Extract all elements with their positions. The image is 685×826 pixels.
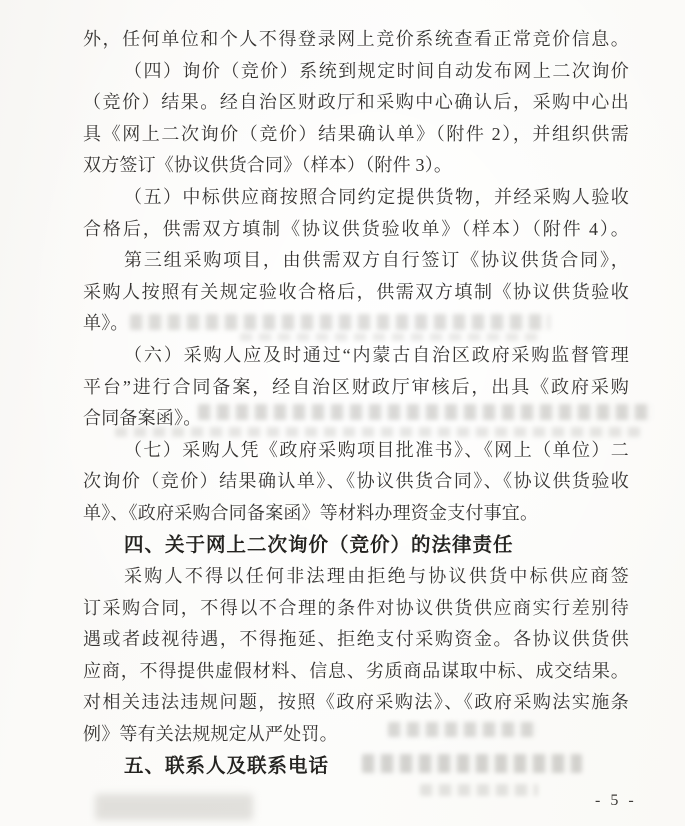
document-text-block: 外，任何单位和个人不得登录网上竞价系统查看正常竞价信息。 （四）询价（竞价）系统…: [83, 24, 629, 782]
body-line: （竞价）结果。经自治区财政厅和采购中心确认后，采购中心出: [83, 87, 629, 119]
body-line: 订采购合同，不得以不合理的条件对协议供货供应商实行差别待: [83, 593, 629, 625]
document-page: 外，任何单位和个人不得登录网上竞价系统查看正常竞价信息。 （四）询价（竞价）系统…: [0, 0, 685, 826]
body-line: 平台”进行合同备案，经自治区财政厅审核后，出具《政府采购: [83, 372, 629, 404]
body-line: 采购人按照有关规定验收合格后，供需双方填制《协议供货验收: [83, 277, 629, 309]
section-heading: 四、关于网上二次询价（竞价）的法律责任: [83, 530, 629, 562]
body-line: 遇或者歧视待遇，不得拖延、拒绝支付采购资金。各协议供货供: [83, 624, 629, 656]
body-line: 对相关违法违规问题，按照《政府采购法》、《政府采购法实施条: [83, 687, 629, 719]
body-line: 具《网上二次询价（竞价）结果确认单》（附件 2），并组织供需: [83, 119, 629, 151]
body-line: 外，任何单位和个人不得登录网上竞价系统查看正常竞价信息。: [83, 24, 629, 56]
body-line: 次询价（竞价）结果确认单》、《协议供货合同》、《协议供货验收: [83, 466, 629, 498]
body-line: 单》、《政府采购合同备案函》等材料办理资金支付事宜。: [83, 498, 629, 530]
show-through-smudge: [95, 794, 253, 820]
body-line: 采购人不得以任何非法理由拒绝与协议供货中标供应商签: [83, 561, 629, 593]
body-line: 应商，不得提供虚假材料、信息、劣质商品谋取中标、成交结果。: [83, 656, 629, 688]
body-line: 合格后，供需双方填制《协议供货验收单》（样本）（附件 4）。: [83, 214, 629, 246]
body-line: （七）采购人凭《政府采购项目批准书》、《网上（单位）二: [83, 435, 629, 467]
body-line: 第三组采购项目，由供需双方自行签订《协议供货合同》，: [83, 245, 629, 277]
section-heading: 五、联系人及联系电话: [83, 751, 629, 783]
page-number: - 5 -: [595, 792, 637, 810]
body-line: 单》。: [83, 308, 629, 340]
body-line: 双方签订《协议供货合同》（样本）（附件 3）。: [83, 150, 629, 182]
body-line: （四）询价（竞价）系统到规定时间自动发布网上二次询价: [83, 56, 629, 88]
body-line: （五）中标供应商按照合同约定提供货物，并经采购人验收: [83, 182, 629, 214]
body-line: 合同备案函》。: [83, 403, 629, 435]
body-line: （六）采购人应及时通过“内蒙古自治区政府采购监督管理: [83, 340, 629, 372]
show-through-smudge: [420, 784, 538, 796]
body-line: 例》等有关法规规定从严处罚。: [83, 719, 629, 751]
